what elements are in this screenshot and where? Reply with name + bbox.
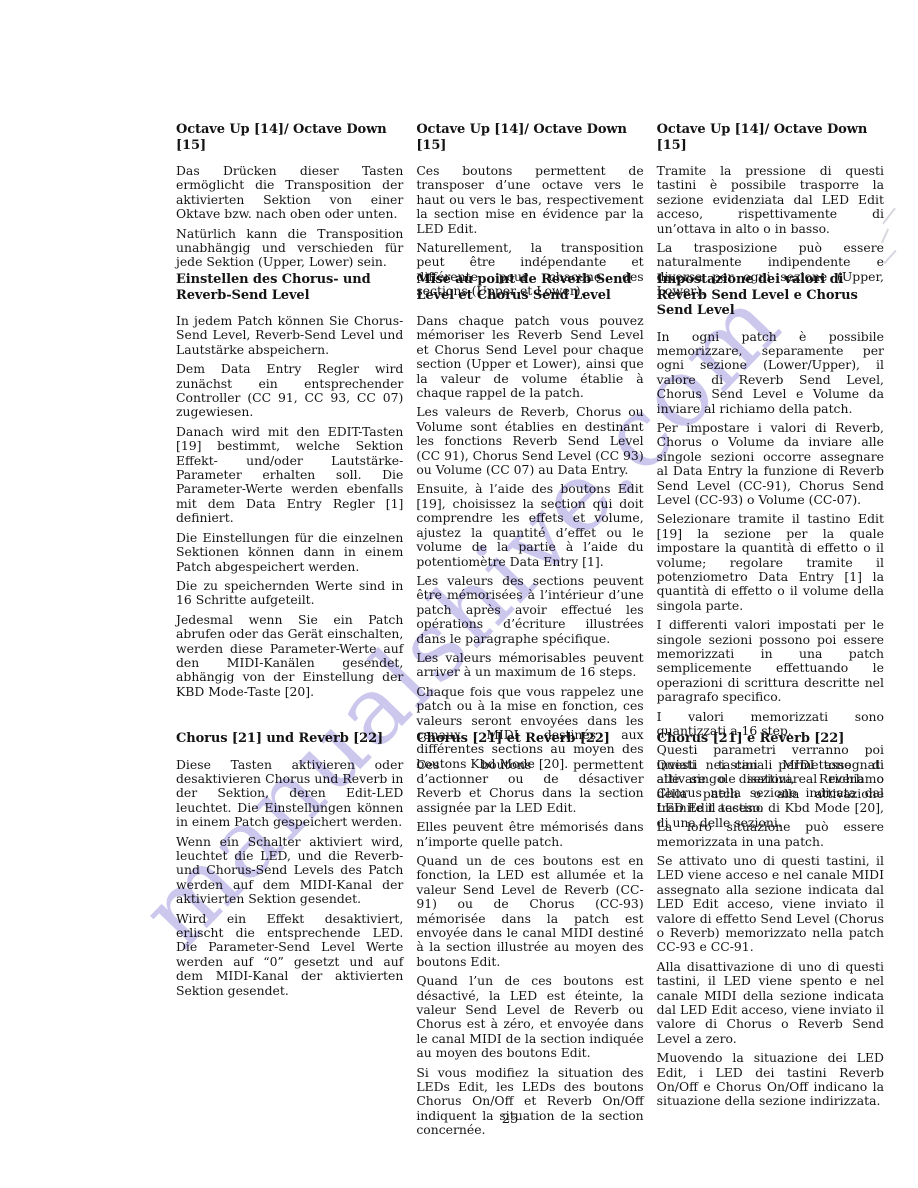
section-heading: Octave Up [14]/ Octave Down [15] bbox=[416, 122, 643, 153]
paragraph: Dem Data Entry Regler wird zunächst ein … bbox=[176, 362, 403, 420]
paragraph: Quand un de ces boutons est en fonction,… bbox=[416, 854, 643, 969]
page-number: 25 bbox=[470, 1112, 550, 1127]
italian-chorus-reverb-section: Chorus [21] e Reverb [22] Questi tastini… bbox=[657, 731, 884, 1143]
paragraph: Les valeurs de Reverb, Chorus ou Volume … bbox=[416, 405, 643, 477]
paragraph: Ces boutons permettent d’actionner ou de… bbox=[416, 758, 643, 816]
paragraph: Diese Tasten aktivieren oder desaktivier… bbox=[176, 758, 403, 830]
paragraph: I differenti valori impostati per le sin… bbox=[657, 618, 884, 704]
paragraph: Se attivato uno di questi tastini, il LE… bbox=[657, 854, 884, 955]
paragraph: Wird ein Effekt desaktiviert, erlischt d… bbox=[176, 912, 403, 998]
paragraph: La loro situazione può essere memorizzat… bbox=[657, 820, 884, 849]
paragraph: Quand l’un de ces boutons est désactivé,… bbox=[416, 974, 643, 1060]
section-heading: Chorus [21] et Reverb [22] bbox=[416, 731, 643, 747]
section-heading: Mise au point de Reverb Send Level et Ch… bbox=[416, 272, 643, 303]
paragraph: Jedesmal wenn Sie ein Patch abrufen oder… bbox=[176, 613, 403, 699]
french-chorus-reverb-section: Chorus [21] et Reverb [22] Ces boutons p… bbox=[416, 731, 643, 1143]
pencil-mark-icon bbox=[882, 208, 896, 225]
section-heading: Chorus [21] und Reverb [22] bbox=[176, 731, 403, 747]
paragraph: Questi tastini permettono di attivare o … bbox=[657, 758, 884, 816]
paragraph: Ensuite, à l’aide des boutons Edit [19],… bbox=[416, 482, 643, 568]
paragraph: Elles peuvent être mémorisés dans n’impo… bbox=[416, 820, 643, 849]
paragraph: Dans chaque patch vous pouvez mémoriser … bbox=[416, 314, 643, 400]
paragraph: Wenn ein Schalter aktiviert wird, leucht… bbox=[176, 835, 403, 907]
section-row-chorus-reverb: Chorus [21] und Reverb [22] Diese Tasten… bbox=[176, 731, 884, 1143]
paragraph: Die zu speichernden Werte sind in 16 Sch… bbox=[176, 579, 403, 608]
section-heading: Impostazione dei valori di Reverb Send L… bbox=[657, 272, 884, 319]
section-heading: Chorus [21] e Reverb [22] bbox=[657, 731, 884, 747]
paragraph: Muovendo la situazione dei LED Edit, i L… bbox=[657, 1051, 884, 1109]
german-chorus-reverb-section: Chorus [21] und Reverb [22] Diese Tasten… bbox=[176, 731, 403, 1143]
paragraph: Les valeurs mémorisables peuvent arriver… bbox=[416, 651, 643, 680]
paragraph: In ogni patch è possibile memorizzare, s… bbox=[657, 330, 884, 416]
paragraph: Natürlich kann die Transposition unabhän… bbox=[176, 227, 403, 270]
paragraph: Selezionare tramite il tastino Edit [19]… bbox=[657, 512, 884, 613]
paragraph: In jedem Patch können Sie Chorus-Send Le… bbox=[176, 314, 403, 357]
paragraph: Alla disattivazione di uno di questi tas… bbox=[657, 960, 884, 1046]
section-heading: Einstellen des Chorus- und Reverb-Send L… bbox=[176, 272, 403, 303]
paragraph: Les valeurs des sections peuvent être mé… bbox=[416, 574, 643, 646]
manual-page: Octave Up [14]/ Octave Down [15] Das Drü… bbox=[0, 0, 918, 1188]
section-heading: Octave Up [14]/ Octave Down [15] bbox=[176, 122, 403, 153]
paragraph: Danach wird mit den EDIT-Tasten [19] bes… bbox=[176, 425, 403, 526]
pencil-mark-icon bbox=[883, 250, 897, 265]
paragraph: Das Drücken dieser Tasten ermöglicht die… bbox=[176, 164, 403, 222]
section-heading: Octave Up [14]/ Octave Down [15] bbox=[657, 122, 884, 153]
paragraph: Die Einstellungen für die einzelnen Sekt… bbox=[176, 531, 403, 574]
paragraph: Ces boutons permettent de transposer d’u… bbox=[416, 164, 643, 236]
paragraph: Tramite la pressione di questi tastini è… bbox=[657, 164, 884, 236]
paragraph: Per impostare i valori di Reverb, Chorus… bbox=[657, 421, 884, 507]
